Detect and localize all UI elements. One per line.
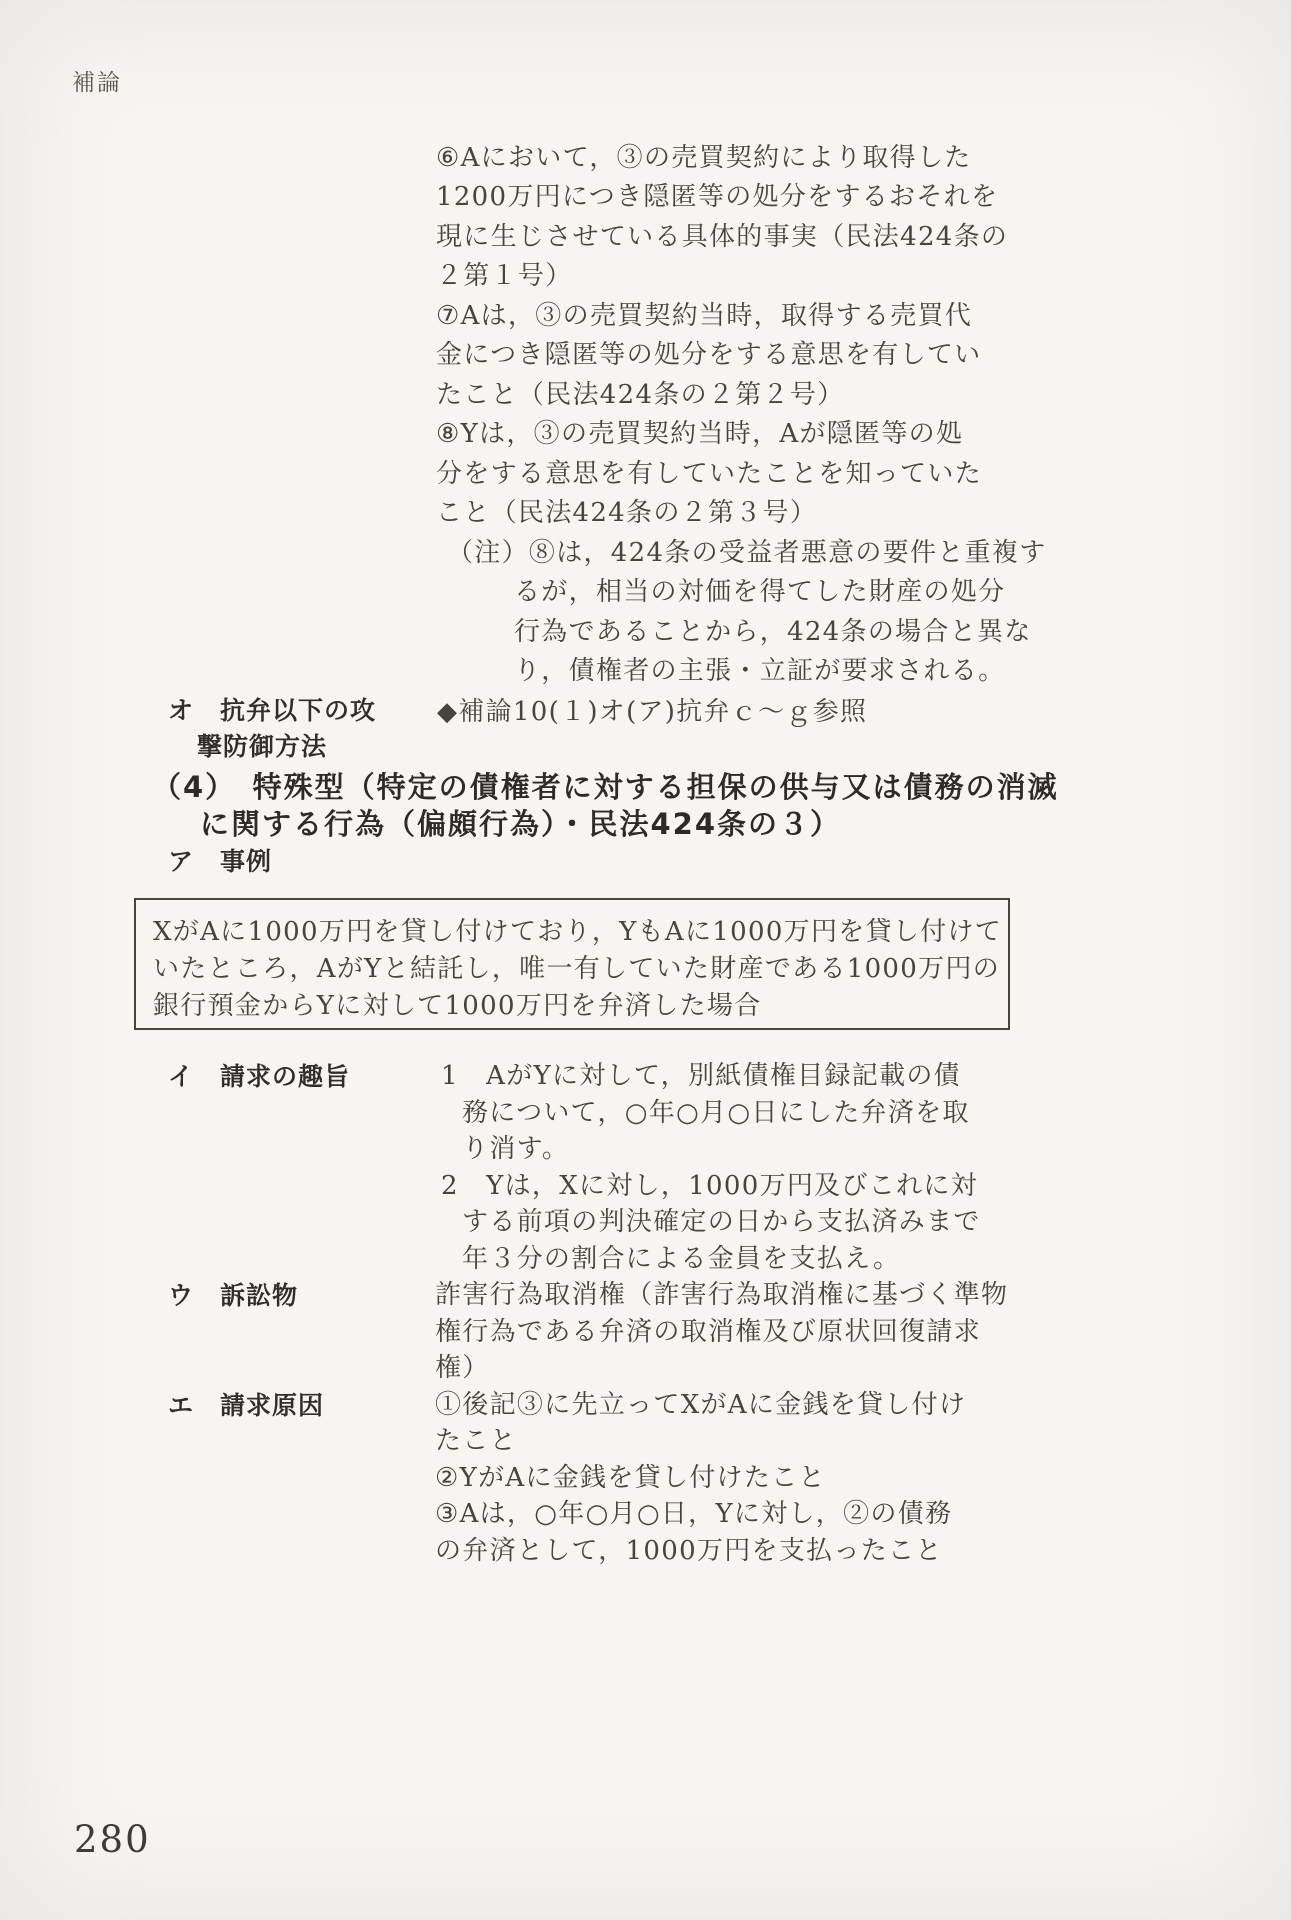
claim-cause-label: エ 請求原因 [168,1392,324,1421]
note-line: ⑥Aにおいて，③の売買契約により取得した [436,144,972,174]
diamond-icon: ◆ [437,697,458,727]
note-line: るが，相当の対価を得てした財産の処分 [514,578,1005,608]
note-line: 行為であることから，424条の場合と異な [514,618,1032,648]
suit-subject-label: ウ 訴訟物 [168,1282,298,1311]
claim-cause-line: ②YがAに金銭を貸し付けたこと [435,1464,826,1494]
note-line: 1200万円につき隠匿等の処分をするおそれを [436,183,998,213]
note-line: こと（民法424条の２第３号） [436,499,817,529]
claim-purpose-line: する前項の判決確定の日から支払済みまで [462,1208,981,1238]
claim-purpose-line: 務について，○年○月○日にした弁済を取 [462,1099,970,1129]
claim-cause-line: ①後記③に先立ってXがAに金銭を貸し付け [435,1391,966,1421]
cross-reference-line: ◆補論10(１)オ(ア)抗弁ｃ～ｇ参照 [437,698,867,728]
defense-methods-label-line1: オ 抗弁以下の攻 [168,697,376,726]
claim-purpose-label: イ 請求の趣旨 [168,1063,350,1092]
note-line: 分をする意思を有していたことを知っていた [436,460,982,490]
note-line: り，債権者の主張・立証が要求される。 [514,657,1005,687]
section-4-heading-line1: （4） 特殊型（特定の債権者に対する担保の供与又は債務の消滅 [152,771,1059,804]
note-line: たこと（民法424条の２第２号） [436,381,844,411]
case-box-line: いたところ，AがYと結託し，唯一有していた財産である1000万円の [153,955,1000,985]
page-number: 280 [74,1818,151,1861]
case-box-line: XがAに1000万円を貸し付けており，YもAに1000万円を貸し付けて [153,918,1002,948]
case-example-label: ア 事例 [168,848,272,877]
note-line: ⑦Aは，③の売買契約当時，取得する売買代 [436,302,972,332]
case-box-line: 銀行預金からYに対して1000万円を弁済した場合 [153,992,762,1022]
claim-purpose-line: り消す。 [462,1135,569,1165]
section-4-heading-line2: に関する行為（偏頗行為）・民法424条の３） [200,808,841,841]
cross-reference-text: 補論10(１)オ(ア)抗弁ｃ～ｇ参照 [458,697,867,727]
claim-cause-line: たこと [435,1427,517,1457]
note-line: （注）⑧は，424条の受益者悪意の要件と重複す [447,539,1047,569]
claim-purpose-line: 2 Yは，Xに対し，1000万円及びこれに対 [441,1172,978,1202]
claim-cause-line: ③Aは，○年○月○日，Yに対し，②の債務 [435,1500,952,1530]
note-line: ⑧Yは，③の売買契約当時，Aが隠匿等の処 [436,420,963,450]
note-line: ２第１号） [436,262,573,292]
defense-methods-label-line2: 撃防御方法 [197,733,327,762]
note-line: 現に生じさせている具体的事実（民法424条の [436,223,1008,253]
claim-purpose-line: 年３分の割合による金員を支払え。 [462,1245,900,1275]
running-head: 補論 [72,64,122,97]
claim-purpose-line: 1 AがYに対して，別紙債権目録記載の債 [441,1062,961,1092]
suit-subject-line: 詐害行為取消権（詐害行為取消権に基づく準物 [435,1281,1008,1311]
suit-subject-line: 権行為である弁済の取消権及び原状回復請求 [435,1318,981,1348]
suit-subject-line: 権） [435,1354,490,1384]
note-line: 金につき隠匿等の処分をする意思を有してい [436,341,981,371]
book-page: 補論 ⑥Aにおいて，③の売買契約により取得した1200万円につき隠匿等の処分をす… [0,0,1291,1920]
claim-cause-line: の弁済として，1000万円を支払ったこと [435,1537,943,1567]
